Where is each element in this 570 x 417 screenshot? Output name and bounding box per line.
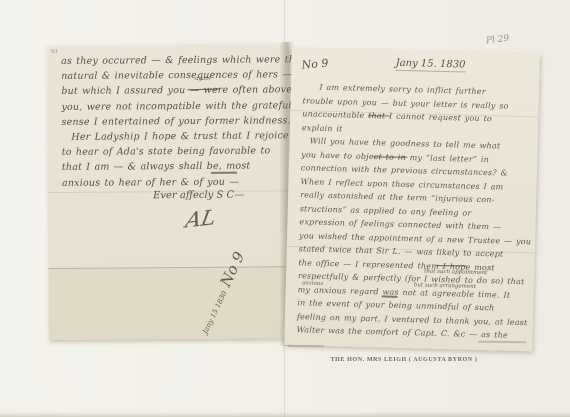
handwriting-line: that I am — & always shall be, most [62,159,277,176]
pencil-inscription: Pl 29 [485,34,509,47]
right-page-text: I am extremely sorry to inflict furthert… [296,80,529,342]
page-number: No 9 [301,57,329,72]
interlinear-insertion: again [195,76,210,82]
handwriting-line: you, were not incompatible with the grat… [61,98,276,115]
underline-mark [211,171,237,174]
left-page-text: as they occurred — & feelings which were… [61,52,277,190]
fold-panel [49,267,290,340]
dateline: Jany 15. 1830 [395,58,465,73]
handwriting-line: as they occurred — & feelings which were… [61,52,276,69]
corner-mark: 93 [51,49,57,55]
handwriting-line: but which I assured you — were often abo… [61,83,276,100]
interlinear-insertion: anxious [302,280,324,287]
handwriting-line: sense I entertained of your former kindn… [61,113,276,130]
letter-sheet-right: No 9 Jany 15. 1830 I am extremely sorry … [284,48,540,351]
underline-mark [382,294,398,297]
bottom-edge-shadow [0,412,570,417]
catalog-page: 93 as they occurred — & feelings which w… [0,0,570,417]
handwriting-line: to hear of Ada's state being favorable t… [62,144,277,161]
strikethrough-mark [368,115,390,116]
handwriting-line: Her Ladyship I hope & trust that I rejoi… [62,128,277,145]
plate-credit-right [478,341,526,343]
handwriting-line: anxious to hear of her & of you — [62,174,277,191]
plate-caption: THE HON. MRS LEIGH ( AUGUSTA BYRON ) [298,357,510,363]
signature-monogram: AL [184,205,218,232]
handwriting-line: natural & inevitable consequences of her… [61,68,276,85]
letter-sheet-left: 93 as they occurred — & feelings which w… [47,44,290,340]
plate-credit-left [288,345,324,347]
